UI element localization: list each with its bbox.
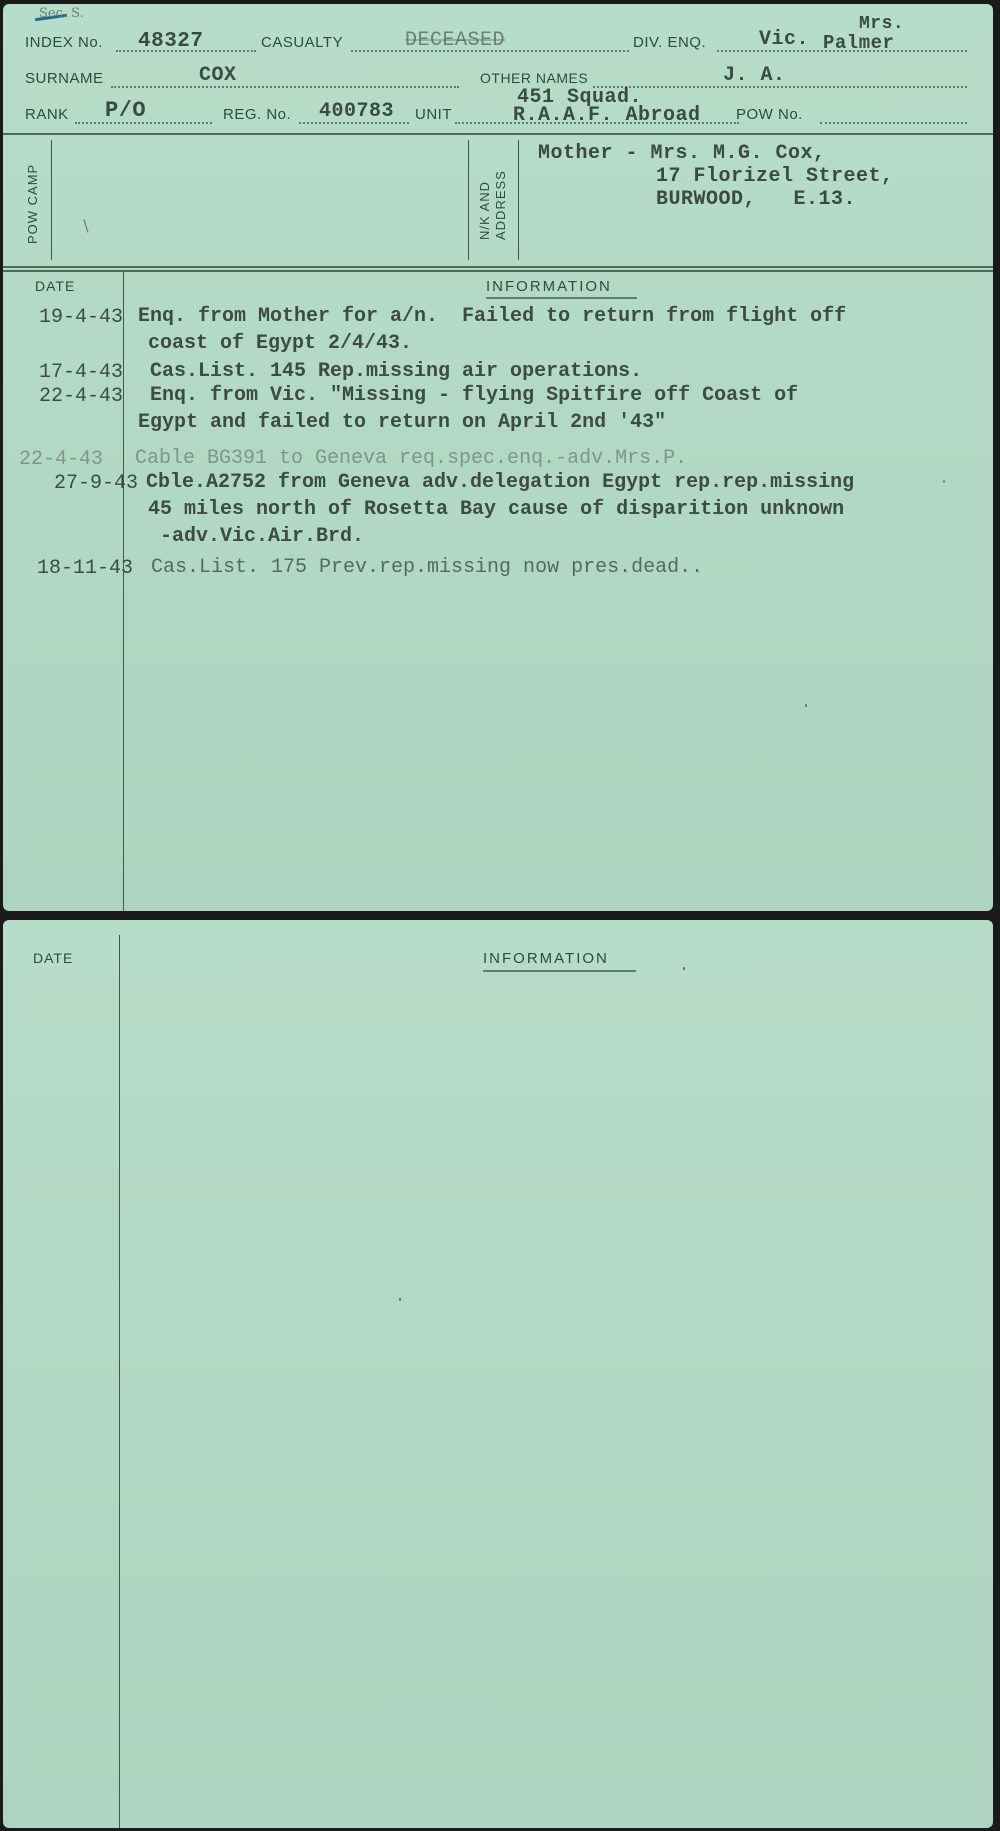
- div-enq-label: DIV. ENQ.: [633, 34, 706, 51]
- nk-left-divider: [468, 140, 469, 260]
- nk-label-line2: ADDRESS: [493, 170, 508, 240]
- other-names-value: J. A.: [723, 64, 786, 87]
- nk-address-line-1: Mother - Mrs. M.G. Cox,: [538, 142, 826, 165]
- log-entry-text: coast of Egypt 2/4/43.: [148, 330, 412, 357]
- record-card-back: DATE INFORMATION: [3, 920, 993, 1828]
- log-entry-date: 27-9-43: [54, 472, 138, 495]
- log-entry-text: Egypt and failed to return on April 2nd …: [138, 409, 666, 436]
- back-date-column-divider: [119, 935, 120, 1828]
- pow-no-label: POW No.: [736, 106, 803, 123]
- nk-address-line-3: BURWOOD, E.13.: [656, 188, 856, 211]
- surname-label: SURNAME: [25, 70, 104, 87]
- rank-value: P/O: [105, 98, 146, 123]
- back-date-header: DATE: [33, 950, 73, 966]
- other-names-label: OTHER NAMES: [480, 70, 588, 86]
- log-entry-text: Cas.List. 175 Prev.rep.missing now pres.…: [151, 554, 703, 581]
- unit-value: R.A.A.F. Abroad: [513, 104, 701, 127]
- log-entry-text: Cble.A2752 from Geneva adv.delegation Eg…: [146, 469, 854, 496]
- div-enq-value: Vic.: [759, 28, 809, 51]
- corner-mark: Sec. S.: [39, 6, 84, 21]
- unit-label: UNIT: [415, 106, 452, 123]
- log-entry-date: 22-4-43: [19, 448, 103, 471]
- log-entry-date: 19-4-43: [39, 306, 123, 329]
- pow-no-line: [820, 122, 967, 124]
- div-enq-palmer: Palmer: [823, 32, 894, 54]
- speck: [943, 480, 945, 483]
- casualty-value: DECEASED: [405, 29, 505, 52]
- date-column-divider: [123, 272, 124, 911]
- rank-label: RANK: [25, 106, 69, 123]
- date-header: DATE: [35, 278, 75, 294]
- log-entry-date: 22-4-43: [39, 385, 123, 408]
- log-entry-text: 45 miles north of Rosetta Bay cause of d…: [148, 496, 844, 523]
- information-header: INFORMATION: [486, 278, 612, 295]
- back-information-header: INFORMATION: [483, 950, 609, 967]
- index-no-value: 48327: [138, 30, 204, 53]
- nk-label-line1: N/K AND: [477, 181, 492, 240]
- log-entry-date: 17-4-43: [39, 361, 123, 384]
- log-entry-date: 18-11-43: [37, 557, 133, 580]
- reg-no-label: REG. No.: [223, 106, 291, 123]
- section-divider-top: [3, 266, 993, 268]
- speck: [399, 1298, 401, 1301]
- surname-line: [111, 86, 459, 88]
- log-entry-text: -adv.Vic.Air.Brd.: [148, 523, 364, 550]
- reg-no-value: 400783: [319, 100, 394, 123]
- div-enq-mrs: Mrs.: [859, 14, 904, 34]
- pow-camp-divider: [51, 140, 52, 260]
- back-information-underline: [483, 970, 636, 972]
- index-no-label: INDEX No.: [25, 34, 103, 51]
- nk-right-divider: [518, 140, 519, 260]
- speck: [805, 704, 807, 707]
- speck: [683, 967, 685, 970]
- section-divider-bottom: [3, 270, 993, 272]
- pow-camp-label: POW CAMP: [25, 164, 40, 244]
- nk-address-line-2: 17 Florizel Street,: [656, 165, 894, 188]
- log-entry-text: Enq. from Mother for a/n. Failed to retu…: [138, 303, 846, 330]
- surname-value: COX: [199, 64, 237, 87]
- pencil-mark: /: [78, 216, 93, 235]
- log-entry-text: Enq. from Vic. "Missing - flying Spitfir…: [138, 382, 798, 409]
- log-entry-text: Cas.List. 145 Rep.missing air operations…: [138, 358, 642, 385]
- information-underline: [486, 297, 637, 299]
- record-card-front: Sec. S. INDEX No. 48327 CASUALTY DECEASE…: [3, 4, 993, 911]
- header-divider: [3, 133, 993, 135]
- casualty-label: CASUALTY: [261, 34, 343, 51]
- log-entry-text: Cable BG391 to Geneva req.spec.enq.-adv.…: [135, 445, 687, 472]
